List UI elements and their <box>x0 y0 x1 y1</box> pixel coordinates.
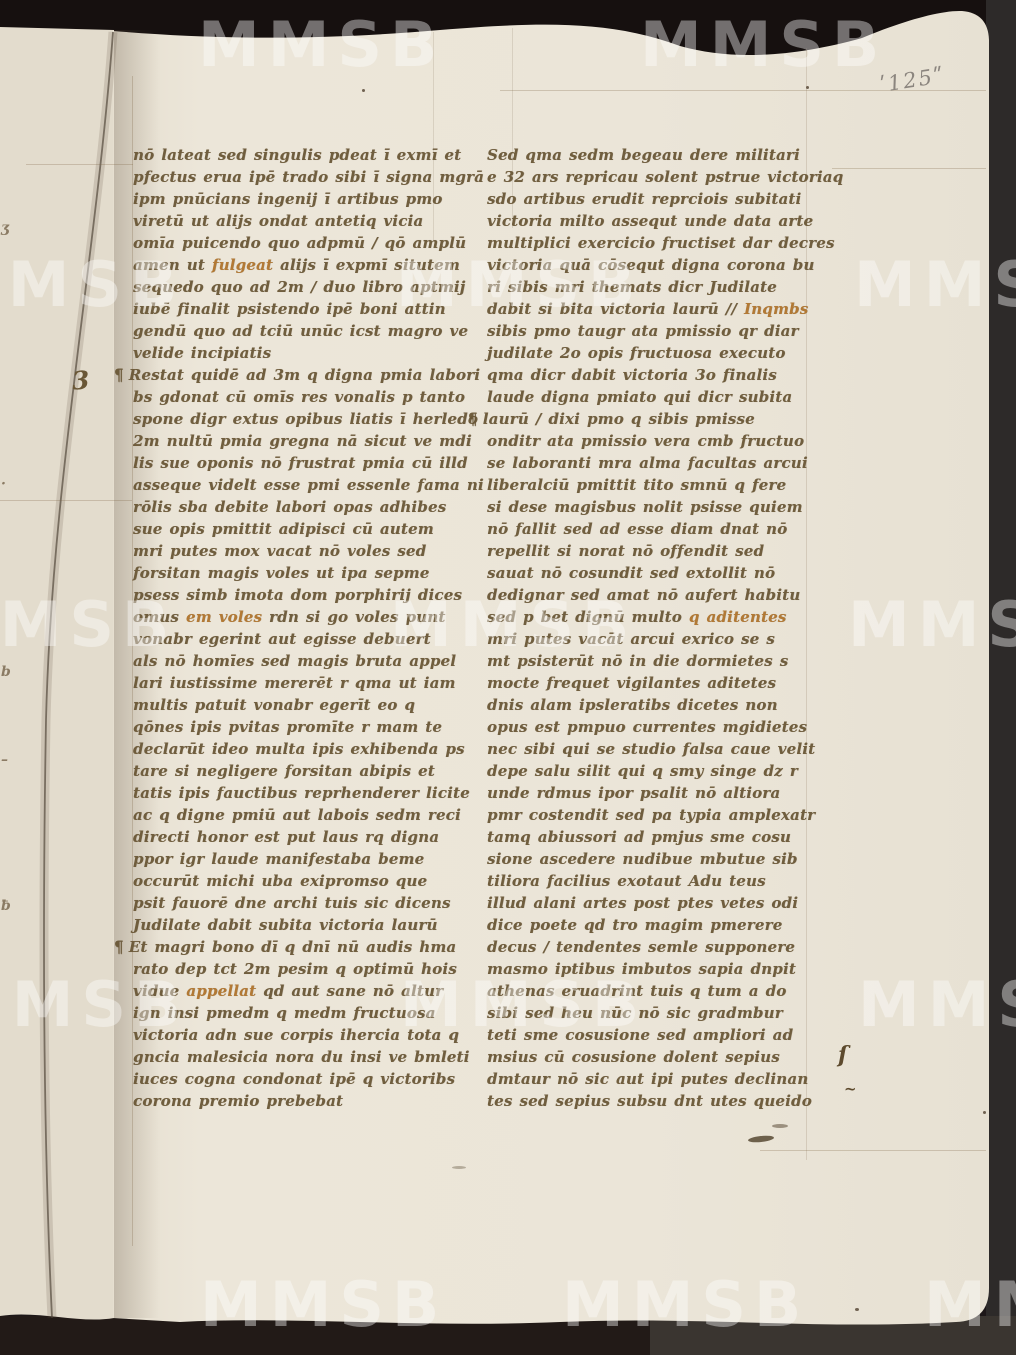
text-line: ppor igr laude manifestaba beme <box>133 850 473 872</box>
pricking-dot <box>855 1308 859 1311</box>
text-line: directi honor est put laus rq digna <box>133 828 473 850</box>
ink-smudge <box>452 1166 466 1169</box>
rubricated-word: em voles <box>186 608 262 626</box>
ink-smudge <box>772 1124 788 1128</box>
text-line: gncia malesicia nora du insi ve bmleti <box>133 1048 473 1070</box>
text-line: dnis alam ipsleratibs dicetes non <box>487 696 843 718</box>
text-line: msius cū cosusione dolent sepius <box>487 1048 843 1070</box>
text-line: depe salu silit qui q smy singe dz r <box>487 762 843 784</box>
text-line: psit fauorē dne archi tuis sic dicens <box>133 894 473 916</box>
text-line: onditr ata pmissio vera cmb fructuo <box>487 432 843 454</box>
text-line: dmtaur nō sic aut ipi putes declinan <box>487 1070 843 1092</box>
ruling-line <box>0 500 132 501</box>
quire-mark: 3 <box>71 365 90 395</box>
text-line: si dese magisbus nolit psisse quiem <box>487 498 843 520</box>
left-text-column: nō lateat sed singulis pdeat ī exmī etpf… <box>133 146 473 1114</box>
text-line: gendū quo ad tciū unūc icst magro ve <box>133 322 473 344</box>
stray-ink-mark: ſ <box>838 1042 847 1068</box>
text-line: tiliora facilius exotaut Adu teus <box>487 872 843 894</box>
text-line: asseque videlt esse pmi essenle fama ni <box>133 476 473 498</box>
text-line: multis patuit vonabr egerīt eo q <box>133 696 473 718</box>
text-line: declarūt ideo multa ipis exhibenda ps <box>133 740 473 762</box>
text-line: sibi sed heu nūc nō sic gradmbur <box>487 1004 843 1026</box>
pricking-dot <box>806 86 809 89</box>
text-line: psess simb imota dom porphirij dices <box>133 586 473 608</box>
text-line: pfectus erua ipē trado sibi ī signa mgrā <box>133 168 473 190</box>
text-line: omīa puicendo quo adpmū / qō amplū <box>133 234 473 256</box>
text-line: qma dicr dabit victoria 3o finalis <box>487 366 843 388</box>
right-text-column: Sed qma sedm begeau dere militarie 32 ar… <box>487 146 843 1114</box>
text-line: opus est pmpuo currentes mgidietes <box>487 718 843 740</box>
page-edge-showthrough: ƀ <box>1 898 11 914</box>
text-line: bs gdonat cū omīs res vonalis p tanto <box>133 388 473 410</box>
rubricated-word: Inqmbs <box>744 300 808 318</box>
pilcrow-icon: ¶ <box>114 938 124 957</box>
text-line: spone digr extus opibus liatis ī herledo <box>133 410 473 432</box>
ruling-line <box>760 1150 986 1151</box>
text-line: rato dep tct 2m pesim q optimū hois <box>133 960 473 982</box>
text-line: mri putes mox vacat nō voles sed <box>133 542 473 564</box>
text-line: lari iustissime mererēt r qma ut iam <box>133 674 473 696</box>
text-line: mt psisterūt nō in die dormietes s <box>487 652 843 674</box>
text-line: 2m nultū pmia gregna nā sicut ve mdi <box>133 432 473 454</box>
pilcrow-icon: ¶ <box>114 366 124 385</box>
text-line: decus / tendentes semle supponere <box>487 938 843 960</box>
text-line: mocte frequet vigilantes aditetes <box>487 674 843 696</box>
text-line: tatis ipis fauctibus reprhenderer licite <box>133 784 473 806</box>
text-line: nec sibi qui se studio falsa caue velit <box>487 740 843 762</box>
text-line: sauat nō cosundit sed extollit nō <box>487 564 843 586</box>
text-line: illud alani artes post ptes vetes odi <box>487 894 843 916</box>
text-line: sue opis pmittit adipisci cū autem <box>133 520 473 542</box>
text-line: rōlis sba debite labori opas adhibes <box>133 498 473 520</box>
page-edge-showthrough: – <box>1 752 8 768</box>
manuscript-photo: ʹ125ʺ 3 nō lateat sed singulis pdeat ī e… <box>0 0 1016 1355</box>
text-line: sibis pmo taugr ata pmissio qr diar <box>487 322 843 344</box>
text-line: ¶Restat quidē ad 3m q digna pmia labori <box>133 366 473 388</box>
pricking-dot <box>983 1111 986 1114</box>
text-line: tare si negligere forsitan abipis et <box>133 762 473 784</box>
text-line: Judilate dabit subita victoria laurū <box>133 916 473 938</box>
text-line: tamq abiussori ad pmjus sme cosu <box>487 828 843 850</box>
text-line: ipm pnūcians ingenij ī artibus pmo <box>133 190 473 212</box>
text-line: victoria adn sue corpis ihercia tota q <box>133 1026 473 1048</box>
page-edge-showthrough: ʒ <box>1 220 9 236</box>
text-line: qōnes ipis pvitas promīte r mam te <box>133 718 473 740</box>
text-line: mri putes vacāt arcui exrico se s <box>487 630 843 652</box>
text-line: lis sue oponis nō frustrat pmia cū illd <box>133 454 473 476</box>
text-line: pmr costendit sed pa typia amplexatr <box>487 806 843 828</box>
text-line: omus em voles rdn si go voles punt <box>133 608 473 630</box>
text-line: unde rdmus ipor psalit nō altiora <box>487 784 843 806</box>
text-line: sequedo quo ad 2m / duo libro aptmij <box>133 278 473 300</box>
text-line: velide incipiatis <box>133 344 473 366</box>
right-black-band <box>986 0 1016 1355</box>
text-line: vidue appellat qd aut sane nō altur <box>133 982 473 1004</box>
text-line: repellit si norat nō offendit sed <box>487 542 843 564</box>
text-line: victoria milto assequt unde data arte <box>487 212 843 234</box>
text-line: athenas eruadrint tuis q tum a do <box>487 982 843 1004</box>
text-line: ri sibis mri themats dicr Judilate <box>487 278 843 300</box>
text-line: als nō homīes sed magis bruta appel <box>133 652 473 674</box>
pricking-dot <box>362 89 365 92</box>
text-line: e 32 ars repricau solent pstrue victoria… <box>487 168 843 190</box>
text-line: viretū ut alijs ondat antetiq vicia <box>133 212 473 234</box>
text-line: sed p bet dignū multo q aditentes <box>487 608 843 630</box>
text-line: occurūt michi uba exipromso que <box>133 872 473 894</box>
text-line: iuces cogna condonat ipē q victoribs <box>133 1070 473 1092</box>
text-line: nō fallit sed ad esse diam dnat nō <box>487 520 843 542</box>
text-line: ¶laurū / dixi pmo q sibis pmisse <box>487 410 843 432</box>
text-line: vonabr egerint aut egisse debuert <box>133 630 473 652</box>
text-line: teti sme cosusione sed ampliori ad <box>487 1026 843 1048</box>
text-line: dedignar sed amat nō aufert habitu <box>487 586 843 608</box>
text-line: laude digna pmiato qui dicr subita <box>487 388 843 410</box>
text-line: victoria quā cōsequt digna corona bu <box>487 256 843 278</box>
text-line: ¶Et magri bono dī q dnī nū audis hma <box>133 938 473 960</box>
pilcrow-icon: ¶ <box>468 410 478 429</box>
text-line: dice poete qd tro magim pmerere <box>487 916 843 938</box>
text-line: judilate 2o opis fructuosa executo <box>487 344 843 366</box>
text-line: Sed qma sedm begeau dere militari <box>487 146 843 168</box>
rubricated-word: fulgeat <box>212 256 273 274</box>
text-line: sdo artibus erudit reprciois subitati <box>487 190 843 212</box>
text-line: sione ascedere nudibue mbutue sib <box>487 850 843 872</box>
text-line: ign insi pmedm q medm fructuosa <box>133 1004 473 1026</box>
text-line: iubē finalit psistendo ipē boni attin <box>133 300 473 322</box>
page-edge-showthrough: · <box>1 476 6 492</box>
stray-ink-mark: ~ <box>844 1080 857 1098</box>
text-line: tes sed sepius subsu dnt utes queido <box>487 1092 843 1114</box>
text-line: ac q digne pmiū aut labois sedm reci <box>133 806 473 828</box>
ruling-line <box>832 168 986 169</box>
text-line: liberalciū pmittit tito smnū q fere <box>487 476 843 498</box>
text-line: amen ut fulgeat alijs ī expmī situtem <box>133 256 473 278</box>
rubricated-word: appellat <box>186 982 256 1000</box>
text-line: dabit si bita victoria laurū // Inqmbs <box>487 300 843 322</box>
text-line: forsitan magis voles ut ipa sepme <box>133 564 473 586</box>
text-line: nō lateat sed singulis pdeat ī exmī et <box>133 146 473 168</box>
text-line: se laboranti mra alma facultas arcui <box>487 454 843 476</box>
page-edge-showthrough: b <box>1 664 11 680</box>
rubricated-word: q aditentes <box>689 608 787 626</box>
text-line: masmo iptibus imbutos sapia dnpit <box>487 960 843 982</box>
ruling-line <box>26 164 133 165</box>
text-line: corona premio prebebat <box>133 1092 473 1114</box>
text-line: multiplici exercicio fructiset dar decre… <box>487 234 843 256</box>
